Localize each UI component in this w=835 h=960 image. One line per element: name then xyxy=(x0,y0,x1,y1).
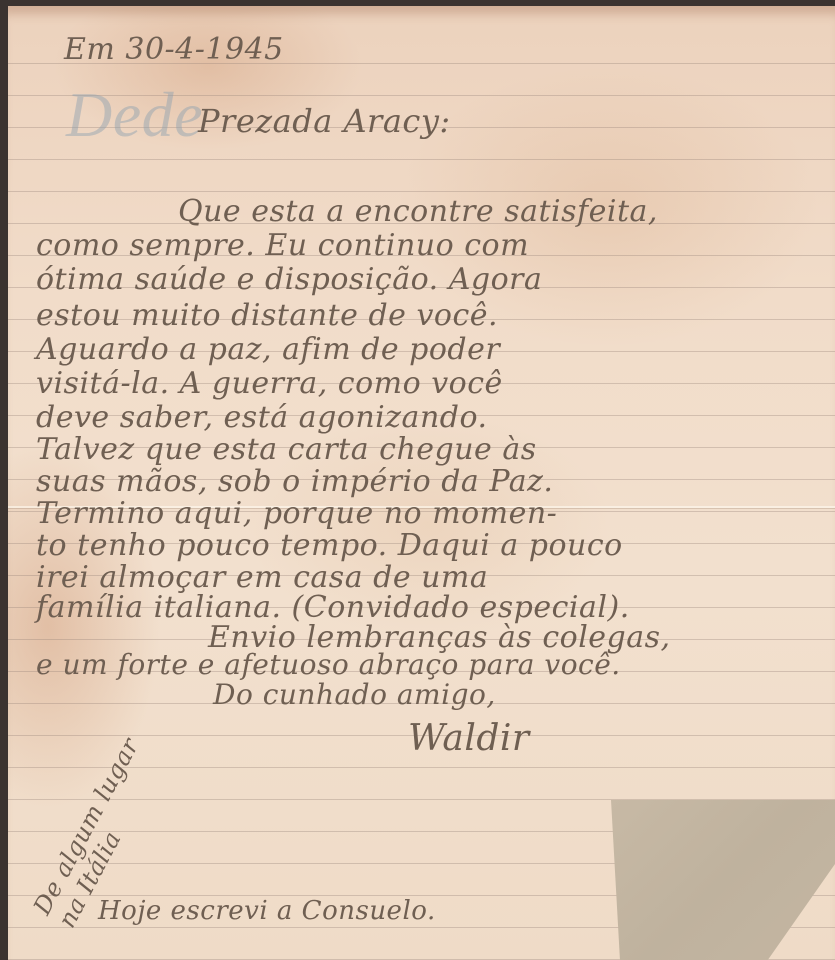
body-line: visitá-la. A guerra, como você xyxy=(36,366,503,401)
body-line: suas mãos, sob o império da Paz. xyxy=(36,464,553,499)
body-line: Talvez que esta carta chegue às xyxy=(36,432,537,467)
body-line: Aguardo a paz, afim de poder xyxy=(36,332,500,367)
salutation: Prezada Aracy: xyxy=(198,102,451,140)
sign-off: Do cunhado amigo, xyxy=(213,678,496,711)
body-line: deve saber, está agonizando. xyxy=(36,400,488,435)
body-line: estou muito distante de você. xyxy=(36,298,498,333)
signature: Waldir xyxy=(408,718,530,759)
body-line: como sempre. Eu continuo com xyxy=(36,228,529,263)
closing-line: e um forte e afetuoso abraço para você. xyxy=(36,648,621,681)
body-line: Termino aqui, porque no momen- xyxy=(36,496,557,531)
watermark-stamp: Dede xyxy=(66,78,203,152)
body-line: ótima saúde e disposição. Agora xyxy=(36,262,542,297)
body-line: Que esta a encontre satisfeita, xyxy=(178,194,658,229)
postscript: Hoje escrevi a Consuelo. xyxy=(98,896,436,926)
date-line: Em 30-4-1945 xyxy=(64,32,284,67)
body-line: to tenho pouco tempo. Daqui a pouco xyxy=(36,528,623,563)
